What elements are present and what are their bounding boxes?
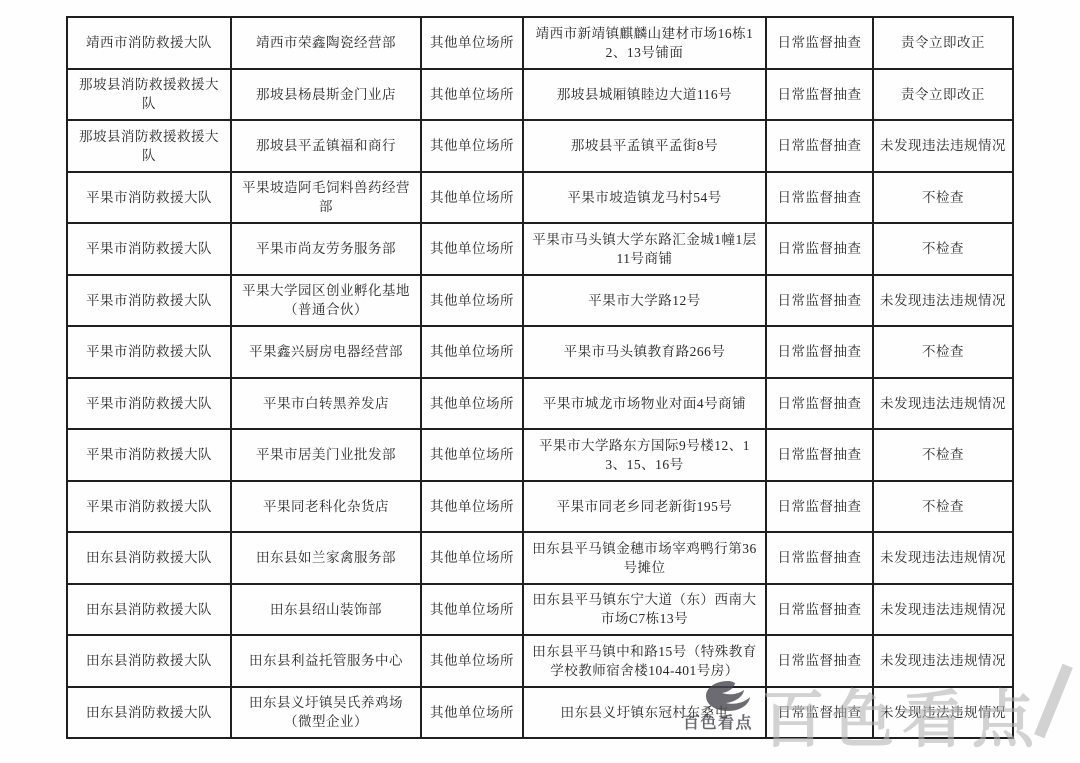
table-row: 平果市消防救援大队 平果市白转黑养发店 其他单位场所 平果市城龙市场物业对面4号… [67,378,1013,430]
cell-place-type: 其他单位场所 [421,635,523,687]
cell-place-type: 其他单位场所 [421,326,523,378]
cell-check-type: 日常监督抽查 [766,326,873,378]
table-row: 平果市消防救援大队 平果市居美门业批发部 其他单位场所 平果市大学路东方国际9号… [67,429,1013,481]
cell-place-type: 其他单位场所 [421,275,523,327]
cell-result: 未发现违法违规情况 [873,275,1013,327]
table-row: 平果市消防救援大队 平果坡造阿毛饲料兽药经营部 其他单位场所 平果市坡造镇龙马村… [67,172,1013,224]
cell-result: 不检查 [873,429,1013,481]
cell-address: 平果市大学路12号 [523,275,766,327]
cell-result: 未发现违法违规情况 [873,532,1013,584]
cell-check-type: 日常监督抽查 [766,481,873,533]
cell-unit-name: 平果市尚友劳务服务部 [231,223,421,275]
cell-check-type: 日常监督抽查 [766,69,873,121]
cell-result: 未发现违法违规情况 [873,635,1013,687]
cell-address: 田东县平马镇东宁大道（东）西南大市场C7栋13号 [523,584,766,636]
table-row: 那坡县消防救援救援大队 那坡县杨晨斯金门业店 其他单位场所 那坡县城厢镇睦边大道… [67,69,1013,121]
cell-place-type: 其他单位场所 [421,687,523,739]
table-row: 田东县消防救援大队 田东县绍山装饰部 其他单位场所 田东县平马镇东宁大道（东）西… [67,584,1013,636]
cell-result: 未发现违法违规情况 [873,584,1013,636]
table-row: 平果市消防救援大队 平果市尚友劳务服务部 其他单位场所 平果市马头镇大学东路汇金… [67,223,1013,275]
cell-unit-name: 田东县如兰家禽服务部 [231,532,421,584]
cell-place-type: 其他单位场所 [421,532,523,584]
cell-address: 平果市马头镇教育路266号 [523,326,766,378]
cell-result: 不检查 [873,223,1013,275]
table-row: 平果市消防救援大队 平果鑫兴厨房电器经营部 其他单位场所 平果市马头镇教育路26… [67,326,1013,378]
cell-place-type: 其他单位场所 [421,172,523,224]
cell-unit-name: 平果市白转黑养发店 [231,378,421,430]
cell-place-type: 其他单位场所 [421,69,523,121]
cell-unit-name: 田东县绍山装饰部 [231,584,421,636]
cell-place-type: 其他单位场所 [421,378,523,430]
cell-check-type: 日常监督抽查 [766,223,873,275]
table-row: 那坡县消防救援救援大队 那坡县平孟镇福和商行 其他单位场所 那坡县平孟镇平孟街8… [67,120,1013,172]
cell-unit-name: 平果同老科化杂货店 [231,481,421,533]
cell-check-type: 日常监督抽查 [766,687,873,739]
cell-result: 未发现违法违规情况 [873,687,1013,739]
cell-unit-name: 那坡县杨晨斯金门业店 [231,69,421,121]
cell-result: 责令立即改正 [873,69,1013,121]
cell-unit-name: 靖西市荣鑫陶瓷经营部 [231,17,421,69]
cell-address: 平果市同老乡同老新街195号 [523,481,766,533]
cell-address: 那坡县城厢镇睦边大道116号 [523,69,766,121]
cell-address: 那坡县平孟镇平孟街8号 [523,120,766,172]
cell-brigade: 平果市消防救援大队 [67,378,231,430]
cell-unit-name: 田东县义圩镇吴氏养鸡场（微型企业） [231,687,421,739]
cell-check-type: 日常监督抽查 [766,532,873,584]
cell-address: 田东县义圩镇东冠村东桑屯 [523,687,766,739]
cell-address: 平果市城龙市场物业对面4号商铺 [523,378,766,430]
table-row: 田东县消防救援大队 田东县义圩镇吴氏养鸡场（微型企业） 其他单位场所 田东县义圩… [67,687,1013,739]
cell-brigade: 田东县消防救援大队 [67,687,231,739]
cell-brigade: 平果市消防救援大队 [67,326,231,378]
cell-unit-name: 田东县利益托管服务中心 [231,635,421,687]
cell-unit-name: 平果鑫兴厨房电器经营部 [231,326,421,378]
cell-result: 不检查 [873,326,1013,378]
cell-unit-name: 平果坡造阿毛饲料兽药经营部 [231,172,421,224]
inspection-table: 靖西市消防救援大队 靖西市荣鑫陶瓷经营部 其他单位场所 靖西市新靖镇麒麟山建材市… [66,16,1014,739]
cell-address: 平果市马头镇大学东路汇金城1幢1层11号商铺 [523,223,766,275]
cell-brigade: 那坡县消防救援救援大队 [67,120,231,172]
cell-unit-name: 平果大学园区创业孵化基地（普通合伙） [231,275,421,327]
cell-brigade: 平果市消防救援大队 [67,429,231,481]
cell-brigade: 田东县消防救援大队 [67,635,231,687]
cell-check-type: 日常监督抽查 [766,584,873,636]
watermark-slash [1034,664,1073,739]
cell-brigade: 那坡县消防救援救援大队 [67,69,231,121]
cell-address: 靖西市新靖镇麒麟山建材市场16栋12、13号铺面 [523,17,766,69]
page-root: 靖西市消防救援大队 靖西市荣鑫陶瓷经营部 其他单位场所 靖西市新靖镇麒麟山建材市… [0,0,1080,763]
cell-result: 未发现违法违规情况 [873,120,1013,172]
cell-place-type: 其他单位场所 [421,17,523,69]
cell-brigade: 田东县消防救援大队 [67,532,231,584]
cell-unit-name: 平果市居美门业批发部 [231,429,421,481]
cell-brigade: 平果市消防救援大队 [67,172,231,224]
cell-place-type: 其他单位场所 [421,120,523,172]
cell-brigade: 平果市消防救援大队 [67,223,231,275]
cell-result: 不检查 [873,172,1013,224]
cell-brigade: 田东县消防救援大队 [67,584,231,636]
table-row: 田东县消防救援大队 田东县如兰家禽服务部 其他单位场所 田东县平马镇金穗市场宰鸡… [67,532,1013,584]
cell-check-type: 日常监督抽查 [766,429,873,481]
cell-brigade: 平果市消防救援大队 [67,481,231,533]
table-row: 田东县消防救援大队 田东县利益托管服务中心 其他单位场所 田东县平马镇中和路15… [67,635,1013,687]
cell-place-type: 其他单位场所 [421,223,523,275]
table-row: 平果市消防救援大队 平果大学园区创业孵化基地（普通合伙） 其他单位场所 平果市大… [67,275,1013,327]
cell-check-type: 日常监督抽查 [766,17,873,69]
cell-check-type: 日常监督抽查 [766,635,873,687]
cell-brigade: 平果市消防救援大队 [67,275,231,327]
cell-place-type: 其他单位场所 [421,481,523,533]
cell-place-type: 其他单位场所 [421,429,523,481]
cell-address: 平果市坡造镇龙马村54号 [523,172,766,224]
cell-check-type: 日常监督抽查 [766,275,873,327]
table-row: 平果市消防救援大队 平果同老科化杂货店 其他单位场所 平果市同老乡同老新街195… [67,481,1013,533]
cell-address: 田东县平马镇金穗市场宰鸡鸭行第36号摊位 [523,532,766,584]
cell-result: 不检查 [873,481,1013,533]
cell-unit-name: 那坡县平孟镇福和商行 [231,120,421,172]
table-body: 靖西市消防救援大队 靖西市荣鑫陶瓷经营部 其他单位场所 靖西市新靖镇麒麟山建材市… [67,17,1013,738]
table-row: 靖西市消防救援大队 靖西市荣鑫陶瓷经营部 其他单位场所 靖西市新靖镇麒麟山建材市… [67,17,1013,69]
cell-address: 田东县平马镇中和路15号（特殊教育学校教师宿舍楼104-401号房） [523,635,766,687]
cell-brigade: 靖西市消防救援大队 [67,17,231,69]
cell-check-type: 日常监督抽查 [766,172,873,224]
cell-check-type: 日常监督抽查 [766,378,873,430]
cell-result: 未发现违法违规情况 [873,378,1013,430]
cell-address: 平果市大学路东方国际9号楼12、13、15、16号 [523,429,766,481]
cell-result: 责令立即改正 [873,17,1013,69]
cell-check-type: 日常监督抽查 [766,120,873,172]
cell-place-type: 其他单位场所 [421,584,523,636]
